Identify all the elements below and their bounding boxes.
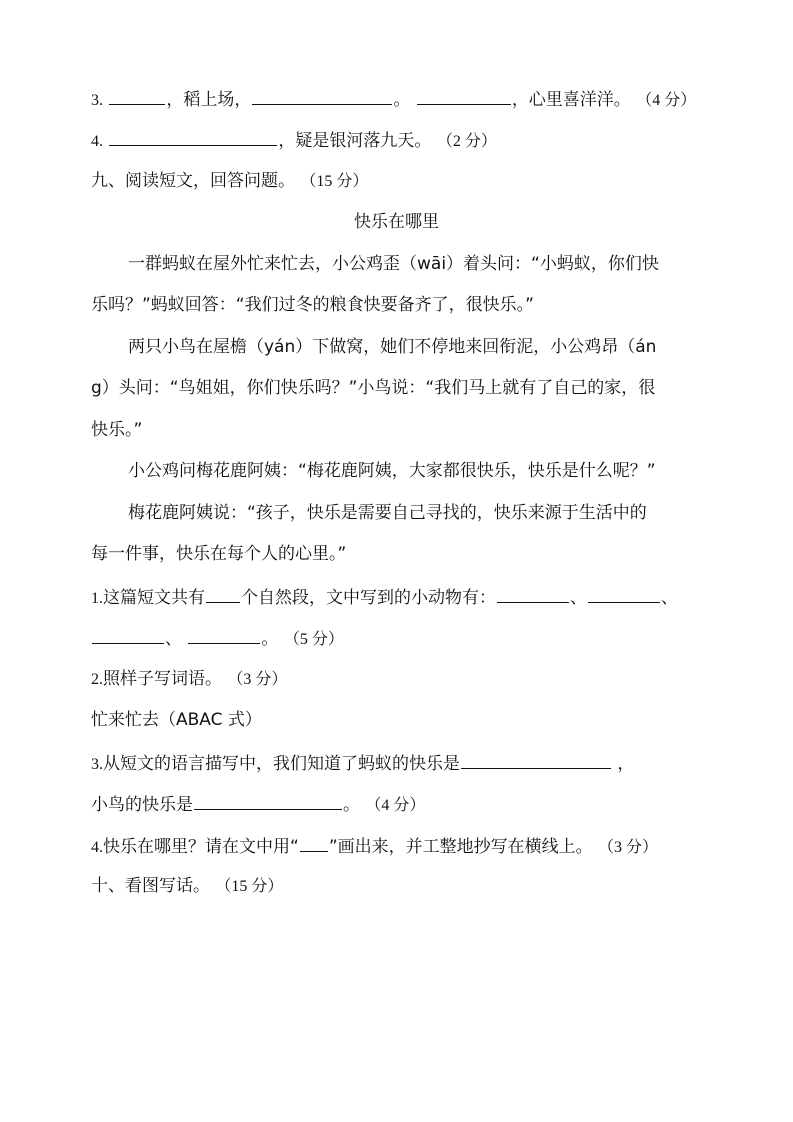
- score-label: （5 分）: [284, 631, 344, 648]
- separator: 。: [261, 629, 278, 649]
- section-9-heading: 九、阅读短文，回答问题。 （15 分）: [91, 169, 368, 194]
- passage-p2-line1: 两只小鸟在屋檐（yán）下做窝，她们不停地来回衔泥，小公鸡昂（án: [128, 335, 656, 359]
- question-4-fill: 4. ，疑是银河落九天。 （2 分）: [91, 127, 497, 154]
- score-label: （3 分）: [227, 671, 287, 688]
- reading-question-1-cont: 、 。 （5 分）: [91, 625, 344, 652]
- separator: 。: [343, 795, 360, 815]
- question-number: 2.: [91, 671, 103, 688]
- score-label: （15 分）: [300, 173, 368, 190]
- question-text: ，疑是银河落九天。: [278, 131, 431, 151]
- answer-blank[interactable]: [109, 86, 165, 105]
- question-text: ，心里喜洋洋。: [512, 90, 631, 110]
- reading-question-2-example: 忙来忙去（ABAC 式）: [91, 708, 262, 732]
- question-text: 小鸟的快乐是: [91, 795, 193, 815]
- separator: 、: [570, 588, 587, 608]
- separator: 、: [165, 629, 182, 649]
- reading-question-4: 4.快乐在哪里？请在文中用“”画出来，并工整地抄写在横线上。 （3 分）: [91, 833, 658, 860]
- question-text: ，稻上场，: [166, 90, 251, 110]
- score-label: （2 分）: [437, 133, 497, 150]
- separator: 、: [661, 588, 678, 608]
- passage-p1-line2: 乐吗？”蚂蚁回答：“我们过冬的粮食快要备齐了，很快乐。”: [91, 293, 534, 317]
- passage-title: 快乐在哪里: [0, 210, 793, 234]
- question-number: 3.: [91, 92, 103, 109]
- reading-question-3: 3.从短文的语言描写中，我们知道了蚂蚁的快乐是 ，: [91, 750, 634, 777]
- question-text: 这篇短文共有: [103, 588, 205, 608]
- question-number: 1.: [91, 590, 103, 607]
- section-title: 十、看图写话。: [91, 876, 210, 896]
- answer-blank[interactable]: [188, 625, 260, 644]
- question-text: 。: [393, 90, 410, 110]
- section-title: 九、阅读短文，回答问题。: [91, 171, 295, 191]
- separator: ，: [617, 754, 634, 774]
- answer-blank[interactable]: [417, 86, 511, 105]
- score-label: （4 分）: [365, 797, 425, 814]
- answer-blank[interactable]: [497, 584, 569, 603]
- answer-blank[interactable]: [206, 584, 240, 603]
- question-number: 3.: [91, 756, 103, 773]
- question-text: 从短文的语言描写中，我们知道了蚂蚁的快乐是: [103, 754, 460, 774]
- passage-p1-line1: 一群蚂蚁在屋外忙来忙去，小公鸡歪（wāi）着头问：“小蚂蚁，你们快: [128, 252, 659, 276]
- passage-p4-line1: 梅花鹿阿姨说：“孩子，快乐是需要自己寻找的，快乐来源于生活中的: [128, 501, 647, 525]
- question-number: 4.: [91, 133, 103, 150]
- reading-question-3-cont: 小鸟的快乐是。 （4 分）: [91, 791, 425, 818]
- passage-p2-line3: 快乐。”: [91, 418, 142, 442]
- answer-blank[interactable]: [461, 750, 611, 769]
- reading-question-2: 2.照样子写词语。 （3 分）: [91, 667, 287, 692]
- answer-blank[interactable]: [588, 584, 660, 603]
- section-10-heading: 十、看图写话。 （15 分）: [91, 874, 283, 899]
- passage-p3-line1: 小公鸡问梅花鹿阿姨：“梅花鹿阿姨，大家都很快乐，快乐是什么呢？”: [128, 459, 656, 483]
- question-text: 个自然段，文中写到的小动物有：: [241, 588, 496, 608]
- passage-p2-line2: g）头问：“鸟姐姐，你们快乐吗？”小鸟说：“我们马上就有了自己的家，很: [91, 376, 655, 400]
- score-label: （15 分）: [215, 878, 283, 895]
- question-text: 快乐在哪里？请在文中用“: [103, 837, 299, 857]
- underline-sample: [300, 833, 328, 852]
- answer-blank[interactable]: [109, 127, 277, 146]
- question-number: 4.: [91, 839, 103, 856]
- score-label: （3 分）: [598, 839, 658, 856]
- reading-question-1: 1.这篇短文共有个自然段，文中写到的小动物有：、、: [91, 584, 678, 611]
- answer-blank[interactable]: [92, 625, 164, 644]
- answer-blank[interactable]: [252, 86, 392, 105]
- question-text: 照样子写词语。: [103, 669, 222, 689]
- question-text: ”画出来，并工整地抄写在横线上。: [329, 837, 593, 857]
- passage-p4-line2: 每一件事，快乐在每个人的心里。”: [91, 542, 346, 566]
- score-label: （4 分）: [636, 92, 696, 109]
- answer-blank[interactable]: [194, 791, 342, 810]
- question-3-fill: 3. ，稻上场，。 ，心里喜洋洋。 （4 分）: [91, 86, 696, 113]
